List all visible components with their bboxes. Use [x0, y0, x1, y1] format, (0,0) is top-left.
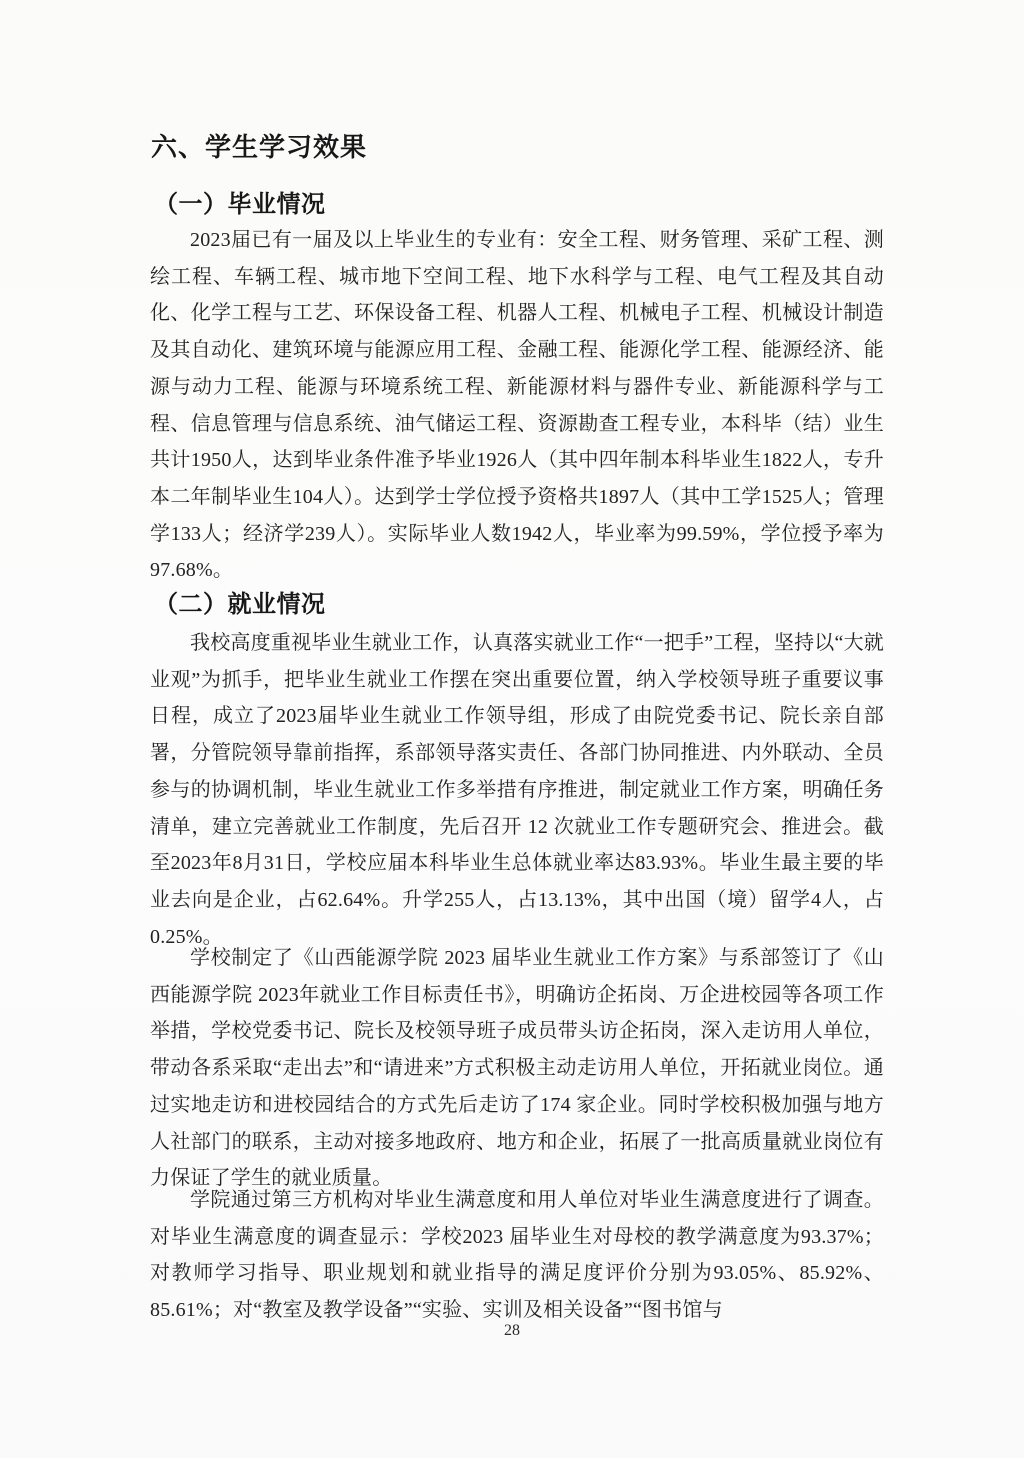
subheading-employment: （二）就业情况	[154, 584, 326, 619]
page-number: 28	[0, 1322, 1024, 1340]
employment-paragraph-2: 学校制定了《山西能源学院 2023 届毕业生就业工作方案》与系部签订了《山西能源…	[150, 940, 884, 1197]
document-page: 六、学生学习效果 （一）毕业情况 2023届已有一届及以上毕业生的专业有：安全工…	[0, 0, 1024, 1458]
employment-paragraph-1: 我校高度重视毕业生就业工作，认真落实就业工作“一把手”工程，坚持以“大就业观”为…	[150, 625, 884, 955]
satisfaction-paragraph: 学院通过第三方机构对毕业生满意度和用人单位对毕业生满意度进行了调查。对毕业生满意…	[150, 1182, 884, 1329]
subheading-graduation: （一）毕业情况	[154, 184, 326, 219]
graduation-paragraph: 2023届已有一届及以上毕业生的专业有：安全工程、财务管理、采矿工程、测绘工程、…	[150, 222, 884, 589]
main-heading: 六、学生学习效果	[151, 127, 367, 164]
